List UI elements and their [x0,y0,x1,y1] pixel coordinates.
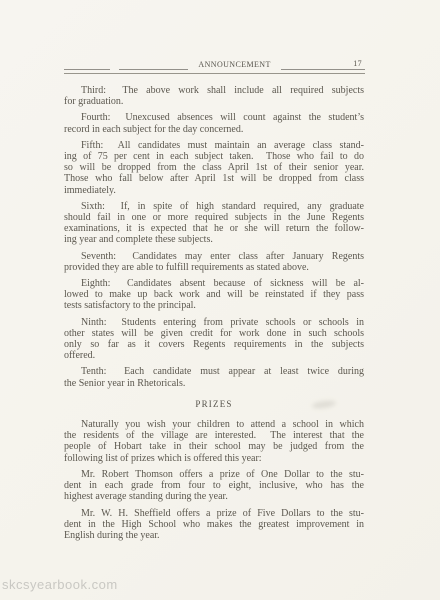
text-line: Fifth: All candidates must maintain an a… [64,140,364,151]
paragraph: Mr. Robert Thomson offers a prize of One… [64,469,364,503]
text-line: offered. [64,350,364,361]
page-number: 17 [350,58,365,70]
announcement-section: Third: The above work shall include all … [64,85,364,389]
head-rule-segment [281,69,350,70]
text-line: other states will be given credit for wo… [64,328,364,339]
text-line: English during the year. [64,530,364,541]
text-line: dent in each grade from four to eight, i… [64,480,364,491]
text-line: only so far as it covers Regents require… [64,339,364,350]
text-line: dent in the High School who makes the gr… [64,519,364,530]
text-line: should fail in one or more required subj… [64,212,364,223]
text-line: Third: The above work shall include all … [64,85,364,96]
text-line: Naturally you wish your children to atte… [64,419,364,430]
head-rule-segment [64,69,110,70]
text-line: ing of 75 per cent in each subject taken… [64,151,364,162]
text-line: record in each subject for the day conce… [64,124,364,135]
paragraph: Mr. W. H. Sheffield offers a prize of Fi… [64,508,364,542]
text-line: Tenth: Each candidate must appear at lea… [64,366,364,377]
text-line: provided they are able to fulfill requir… [64,262,364,273]
head-rule-segment [119,69,188,70]
text-line: tests satisfactory to the principal. [64,300,364,311]
text-line: people of Hobart take in their school ma… [64,441,364,452]
paragraph: Eighth: Candidates absent because of sic… [64,278,364,312]
text-line: Sixth: If, in spite of high standard req… [64,201,364,212]
paragraph: Sixth: If, in spite of high standard req… [64,201,364,246]
paragraph: Ninth: Students entering from private sc… [64,317,364,362]
text-line: Eighth: Candidates absent because of sic… [64,278,364,289]
paragraph: Naturally you wish your children to atte… [64,419,364,464]
watermark-text: skcsyearbook.com [2,577,118,592]
text-line: highest average standing during the year… [64,491,364,502]
paragraph: Seventh: Candidates may enter class afte… [64,251,364,273]
running-head: ANNOUNCEMENT 17 [64,57,365,70]
text-line: Those who fall below after April 1st wil… [64,173,364,184]
page-title: ANNOUNCEMENT [188,59,280,70]
text-line: ing year and complete these subjects. [64,234,364,245]
paragraph: Fifth: All candidates must maintain an a… [64,140,364,196]
text-line: examinations, it is expected that he or … [64,223,364,234]
prizes-section: Naturally you wish your children to atte… [64,419,364,541]
paragraph: Third: The above work shall include all … [64,85,364,107]
text-line: following list of prizes which is offere… [64,453,364,464]
text-line: Mr. W. H. Sheffield offers a prize of Fi… [64,508,364,519]
text-line: immediately. [64,185,364,196]
text-line: so will be dropped from the class April … [64,162,364,173]
text-line: for graduation. [64,96,364,107]
paragraph: Tenth: Each candidate must appear at lea… [64,366,364,388]
text-line: lowed to make up back work and will be r… [64,289,364,300]
text-line: the Senior year in Rhetoricals. [64,378,364,389]
text-line: Seventh: Candidates may enter class afte… [64,251,364,262]
text-line: the residents of the village are interes… [64,430,364,441]
paragraph: Fourth: Unexcused absences will count ag… [64,112,364,134]
text-column: Third: The above work shall include all … [64,85,364,546]
text-line: Mr. Robert Thomson offers a prize of One… [64,469,364,480]
text-line: Fourth: Unexcused absences will count ag… [64,112,364,123]
header-rule [64,73,365,74]
scanned-book-page: ANNOUNCEMENT 17 Third: The above work sh… [0,0,440,600]
text-line: Ninth: Students entering from private sc… [64,317,364,328]
